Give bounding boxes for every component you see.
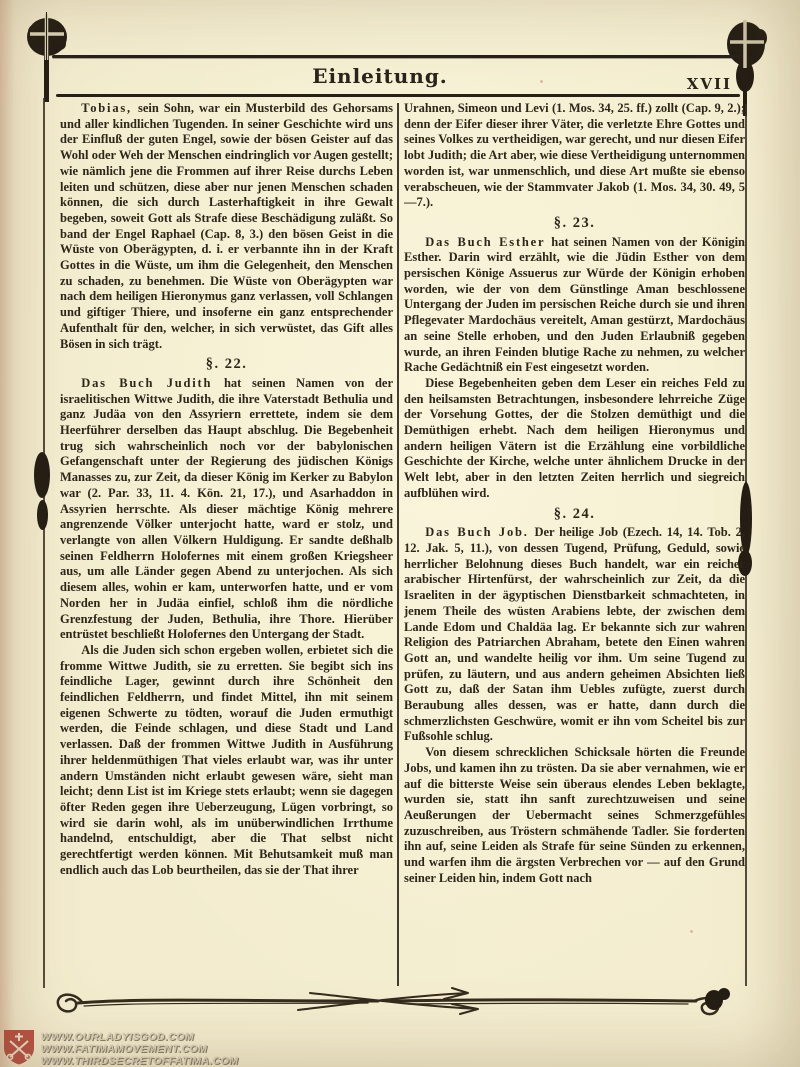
watermark: WWW.OURLADYISGOD.COM WWW.FATIMAMOVEMENT.… [2, 1028, 238, 1067]
paragraph-lead: Tobias, [81, 101, 133, 115]
paragraph-text: Diese Begebenheiten geben dem Leser ein … [404, 376, 745, 500]
header-rule-top [52, 55, 742, 58]
paragraph-text: Von diesem schrecklichen Schicksale hört… [404, 745, 745, 885]
header-rule-bottom [56, 94, 740, 97]
watermark-lines: WWW.OURLADYISGOD.COM WWW.FATIMAMOVEMENT.… [41, 1028, 238, 1067]
paragraph-text: Als die Juden sich schon ergeben wollen,… [60, 643, 393, 877]
section-heading-23: §. 23. [404, 216, 745, 232]
paragraph-text: hat seinen Namen von der Königin Esther.… [404, 235, 745, 375]
fatima-shield-icon [2, 1028, 36, 1066]
body-text-paragraph: Als die Juden sich schon ergeben wollen,… [60, 643, 393, 879]
paragraph-text: sein Sohn, war ein Musterbild des Gehors… [60, 101, 393, 351]
body-text-paragraph: Von diesem schrecklichen Schicksale hört… [404, 745, 745, 886]
body-text-paragraph: Urahnen, Simeon und Levi (1. Mos. 34, 25… [404, 101, 745, 211]
watermark-url: WWW.FATIMAMOVEMENT.COM [41, 1043, 238, 1055]
text-column-left: Tobias, sein Sohn, war ein Musterbild de… [60, 101, 393, 989]
body-text-paragraph: Diese Begebenheiten geben dem Leser ein … [404, 376, 745, 502]
crucifix-ornament-top-left [20, 4, 72, 104]
page-number: XVII [687, 75, 732, 93]
section-heading-24: §. 24. [404, 507, 745, 523]
page-title: Einleitung. [0, 64, 760, 88]
paragraph-text: Urahnen, Simeon und Levi (1. Mos. 34, 25… [404, 101, 745, 209]
body-text-paragraph: Tobias, sein Sohn, war ein Musterbild de… [60, 101, 393, 352]
body-text-paragraph: Das Buch Job. Der heilige Job (Ezech. 14… [404, 525, 745, 745]
paragraph-text: Der heilige Job (Ezech. 14, 14. Tob. 2, … [404, 525, 745, 743]
watermark-url: WWW.THIRDSECRETOFFATIMA.COM [41, 1055, 238, 1067]
footer-flourish-ornament [48, 986, 752, 1020]
paragraph-lead: Das Buch Esther [425, 235, 546, 249]
watermark-url: WWW.OURLADYISGOD.COM [41, 1031, 238, 1043]
scan-edge-shadow [0, 0, 14, 1067]
left-border-line [43, 98, 45, 988]
ink-blot [37, 500, 48, 530]
body-text-paragraph: Das Buch Judith hat seinen Namen von der… [60, 376, 393, 643]
scanned-book-page: Einleitung. XVII Tobias, sein Sohn, war … [0, 0, 800, 1067]
ink-blot [34, 452, 50, 498]
paragraph-lead: Das Buch Job. [425, 525, 529, 539]
column-divider-line [397, 103, 399, 986]
text-column-right: Urahnen, Simeon und Levi (1. Mos. 34, 25… [404, 101, 745, 989]
body-text-paragraph: Das Buch Esther hat seinen Namen von der… [404, 235, 745, 376]
paragraph-text: hat seinen Namen von der israelitischen … [60, 376, 393, 641]
paragraph-lead: Das Buch Judith [81, 376, 213, 390]
section-heading-22: §. 22. [60, 357, 393, 373]
paper-speck [540, 80, 543, 83]
